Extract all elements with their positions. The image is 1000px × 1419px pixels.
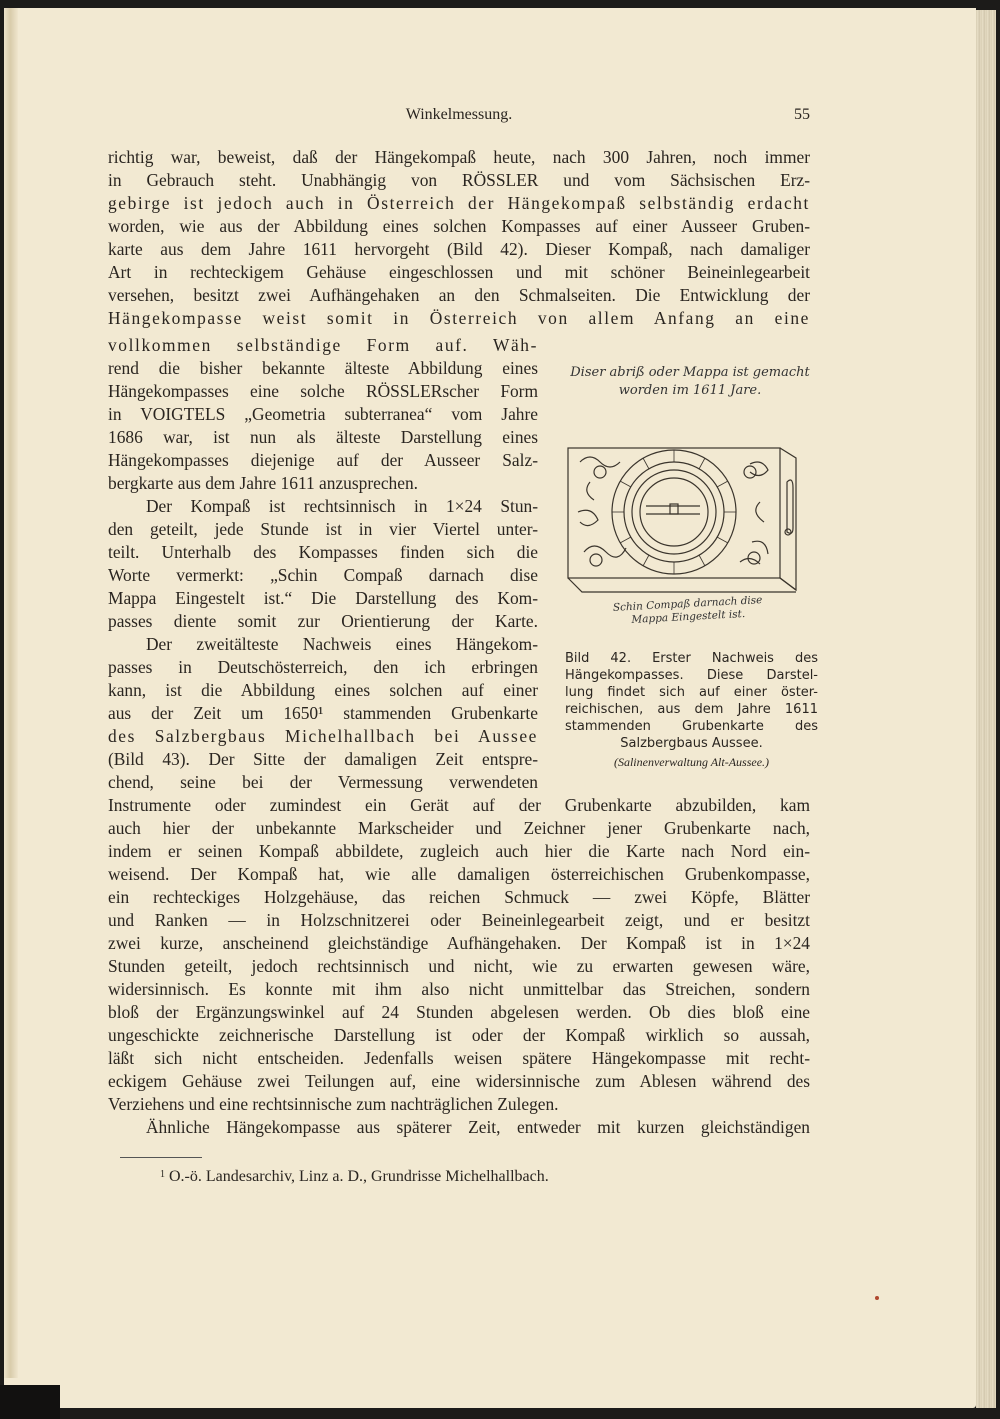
text-line: läßt sich nicht entscheiden. Jedenfalls … xyxy=(108,1047,810,1070)
text-line: widersinnisch. Es konnte mit ihm also ni… xyxy=(108,978,810,1001)
text-line: in Gebrauch steht. Unabhängig von RÖSSLE… xyxy=(108,169,810,192)
text-line: Worte vermerkt: „Schin Compaß darnach di… xyxy=(108,564,538,587)
text-line: auch hier der unbekannte Markscheider un… xyxy=(108,817,810,840)
paragraph-2: Der Kompaß ist rechtsinnisch in 1×24 Stu… xyxy=(108,495,538,633)
figure-bild-42: Diser abriß oder Mappa ist gemacht worde… xyxy=(560,350,822,640)
text-line: Hängekompasses eine solche RÖSSLERscher … xyxy=(108,380,538,403)
caption-line: Hängekompasses. Diese Darstel- xyxy=(565,667,818,684)
text-line: ungeschickte zeichnerische Darstellung i… xyxy=(108,1024,810,1047)
text-line: richtig war, beweist, daß der Hängekompa… xyxy=(108,146,810,169)
text-line: kann, ist die Abbildung eines solchen au… xyxy=(108,679,538,702)
text-line: Verziehens und eine rechtsinnische zum n… xyxy=(108,1093,810,1116)
page-number: 55 xyxy=(794,106,810,124)
page-edge-right xyxy=(976,10,996,1408)
text-line: Art in rechteckigem Gehäuse eingeschloss… xyxy=(108,261,810,284)
text-line: passes diente somit zur Orientierung der… xyxy=(108,610,538,633)
text-line: weisend. Der Kompaß hat, wie alle damali… xyxy=(108,863,810,886)
caption-line: Salzbergbaus Aussee. xyxy=(565,735,818,752)
caption-line: stammenden Grubenkarte des xyxy=(565,718,818,735)
scan-shadow xyxy=(0,1385,60,1419)
text-line: Hängekompasse weist somit in Österreich … xyxy=(108,307,810,330)
text-line: gebirge ist jedoch auch in Österreich de… xyxy=(108,192,810,215)
paragraph-3-continued: Instrumente oder zumindest ein Gerät auf… xyxy=(108,794,810,1139)
text-line: chend, seine bei der Vermessung verwende… xyxy=(108,771,538,794)
footnote-divider xyxy=(120,1157,202,1158)
text-line: Der zweitälteste Nachweis eines Hängekom… xyxy=(108,633,538,656)
text-line: karte aus dem Jahre 1611 hervorgeht (Bil… xyxy=(108,238,810,261)
text-line: des Salzbergbaus Michelhallbach bei Auss… xyxy=(108,725,538,748)
caption-line: reichischen, aus dem Jahre 1611 xyxy=(565,701,818,718)
figure-credit: (Salinenverwaltung Alt-Aussee.) xyxy=(565,754,818,771)
text-line: 1686 war, ist nun als älteste Darstellun… xyxy=(108,426,538,449)
text-line: in VOIGTELS „Geometria subterranea“ vom … xyxy=(108,403,538,426)
text-line: versehen, besitzt zwei Aufhängehaken an … xyxy=(108,284,810,307)
figure-inscription-top: Diser abriß oder Mappa ist gemacht worde… xyxy=(570,364,810,400)
text-line: ein rechteckiges Holzgehäuse, das reiche… xyxy=(108,886,810,909)
text-line: bloß der Ergänzungswinkel auf 24 Stunden… xyxy=(108,1001,810,1024)
footnote-text: O.-ö. Landesarchiv, Linz a. D., Grundris… xyxy=(169,1168,549,1185)
text-line: aus der Zeit um 1650¹ stammenden Grubenk… xyxy=(108,702,538,725)
inscription-line: Diser abriß oder Mappa ist gemacht xyxy=(570,364,810,382)
text-line: vollkommen selbständige Form auf. Wäh- xyxy=(108,334,538,357)
inscription-line: worden im 1611 Jare. xyxy=(570,382,810,400)
text-line: passes in Deutschösterreich, den ich erb… xyxy=(108,656,538,679)
text-line: und Ranken — in Holzschnitzerei oder Bei… xyxy=(108,909,810,932)
caption-line: lung findet sich auf einer öster- xyxy=(565,684,818,701)
running-head-title: Winkelmessung. xyxy=(108,106,810,124)
text-line: Stunden geteilt, jedoch rechtsinnisch un… xyxy=(108,955,810,978)
compass-drawing-icon xyxy=(560,442,822,602)
caption-line: Bild 42. Erster Nachweis des xyxy=(565,650,818,667)
running-head: Winkelmessung. 55 xyxy=(108,106,810,128)
footnote-marker: 1 xyxy=(160,1169,165,1180)
text-line: Ähnliche Hängekompasse aus späterer Zeit… xyxy=(108,1116,810,1139)
text-line: bergkarte aus dem Jahre 1611 anzuspreche… xyxy=(108,472,538,495)
text-line: Mappa Eingestelt ist.“ Die Darstellung d… xyxy=(108,587,538,610)
text-line: Hängekompasses diejenige auf der Ausseer… xyxy=(108,449,538,472)
text-line: Instrumente oder zumindest ein Gerät auf… xyxy=(108,794,810,817)
paragraph-1: richtig war, beweist, daß der Hängekompa… xyxy=(108,146,810,330)
figure-caption: Bild 42. Erster Nachweis des Hängekompas… xyxy=(565,650,818,771)
footnote: 1O.-ö. Landesarchiv, Linz a. D., Grundri… xyxy=(160,1168,549,1186)
text-line: teilt. Unterhalb des Kompasses finden si… xyxy=(108,541,538,564)
text-line: zwei kurze, anscheinend gleichständige A… xyxy=(108,932,810,955)
paragraph-3: Der zweitälteste Nachweis eines Hängekom… xyxy=(108,633,538,794)
page-edge-left xyxy=(4,8,18,1378)
text-line: Der Kompaß ist rechtsinnisch in 1×24 Stu… xyxy=(108,495,538,518)
paper-speck xyxy=(875,1296,879,1300)
text-line: rend die bisher bekannte älteste Abbildu… xyxy=(108,357,538,380)
text-line: (Bild 43). Der Sitte der damaligen Zeit … xyxy=(108,748,538,771)
text-line: den geteilt, jede Stunde ist in vier Vie… xyxy=(108,518,538,541)
text-line: indem er seinen Kompaß abbildete, zuglei… xyxy=(108,840,810,863)
paragraph-1-continued: vollkommen selbständige Form auf. Wäh- r… xyxy=(108,334,538,495)
text-line: eckigem Gehäuse zwei Teilungen auf, eine… xyxy=(108,1070,810,1093)
text-line: worden, wie aus der Abbildung eines solc… xyxy=(108,215,810,238)
